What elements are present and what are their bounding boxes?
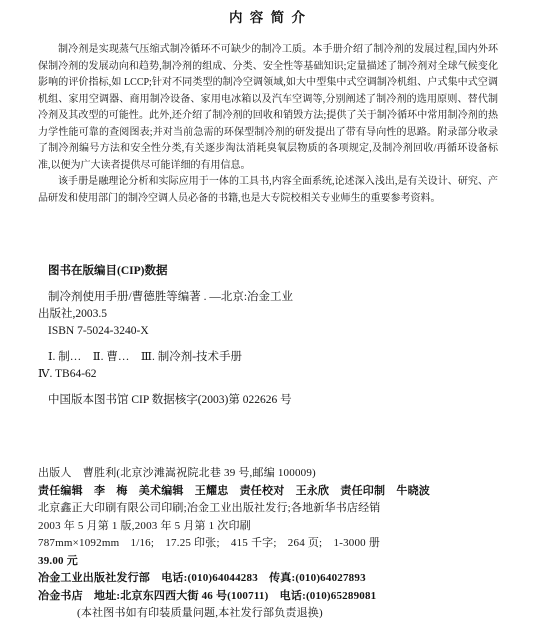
cip-publisher-line: 出版社,2003.5 xyxy=(38,306,498,323)
summary-paragraph-2: 该手册是融理论分析和实际应用于一体的工具书,内容全面系统,论述深入浅出,是有关设… xyxy=(38,174,498,207)
cip-isbn: ISBN 7-5024-3240-X xyxy=(38,323,498,340)
printer-distributor-line: 北京鑫正大印刷有限公司印刷;冶金工业出版社发行;各地新华书店经销 xyxy=(38,500,498,518)
distribution-dept-line: 冶金工业出版社发行部 电话:(010)64044283 传真:(010)6402… xyxy=(38,570,498,588)
page-title: 内 容 简 介 xyxy=(38,8,498,28)
cip-heading: 图书在版编目(CIP)数据 xyxy=(38,263,498,280)
price-line: 39.00 元 xyxy=(38,553,498,571)
format-line: 787mm×1092mm 1/16; 17.25 印张; 415 千字; 264… xyxy=(38,535,498,553)
book-copyright-page: 内 容 简 介 制冷剂是实现蒸气压缩式制冷循环不可缺少的制冷工质。本手册介绍了制… xyxy=(0,0,536,622)
cip-classification-2: Ⅳ. TB64-62 xyxy=(38,366,498,383)
cip-classification-1: Ⅰ. 制… Ⅱ. 曹… Ⅲ. 制冷剂-技术手册 xyxy=(38,349,498,366)
colophon-block: 出版人 曹胜利(北京沙滩嵩祝院北巷 39 号,邮编 100009) 责任编辑 李… xyxy=(38,465,498,622)
bookstore-line: 冶金书店 地址:北京东四西大街 46 号(100711) 电话:(010)652… xyxy=(38,588,498,606)
quality-note-line: (本社图书如有印装质量问题,本社发行部负责退换) xyxy=(38,605,498,622)
edition-line: 2003 年 5 月第 1 版,2003 年 5 月第 1 次印刷 xyxy=(38,518,498,536)
editors-line: 责任编辑 李 梅 美术编辑 王耀忠 责任校对 王永欣 责任印制 牛晓波 xyxy=(38,483,498,501)
cip-block: 图书在版编目(CIP)数据 制冷剂使用手册/曹德胜等编著 . —北京:冶金工业 … xyxy=(38,263,498,409)
content-summary: 制冷剂是实现蒸气压缩式制冷循环不可缺少的制冷工质。本手册介绍了制冷剂的发展过程,… xyxy=(38,42,498,207)
summary-paragraph-1: 制冷剂是实现蒸气压缩式制冷循环不可缺少的制冷工质。本手册介绍了制冷剂的发展过程,… xyxy=(38,42,498,174)
publisher-line: 出版人 曹胜利(北京沙滩嵩祝院北巷 39 号,邮编 100009) xyxy=(38,465,498,483)
cip-title-line: 制冷剂使用手册/曹德胜等编著 . —北京:冶金工业 xyxy=(38,289,498,306)
cip-record-number: 中国版本图书馆 CIP 数据核字(2003)第 022626 号 xyxy=(38,392,498,409)
